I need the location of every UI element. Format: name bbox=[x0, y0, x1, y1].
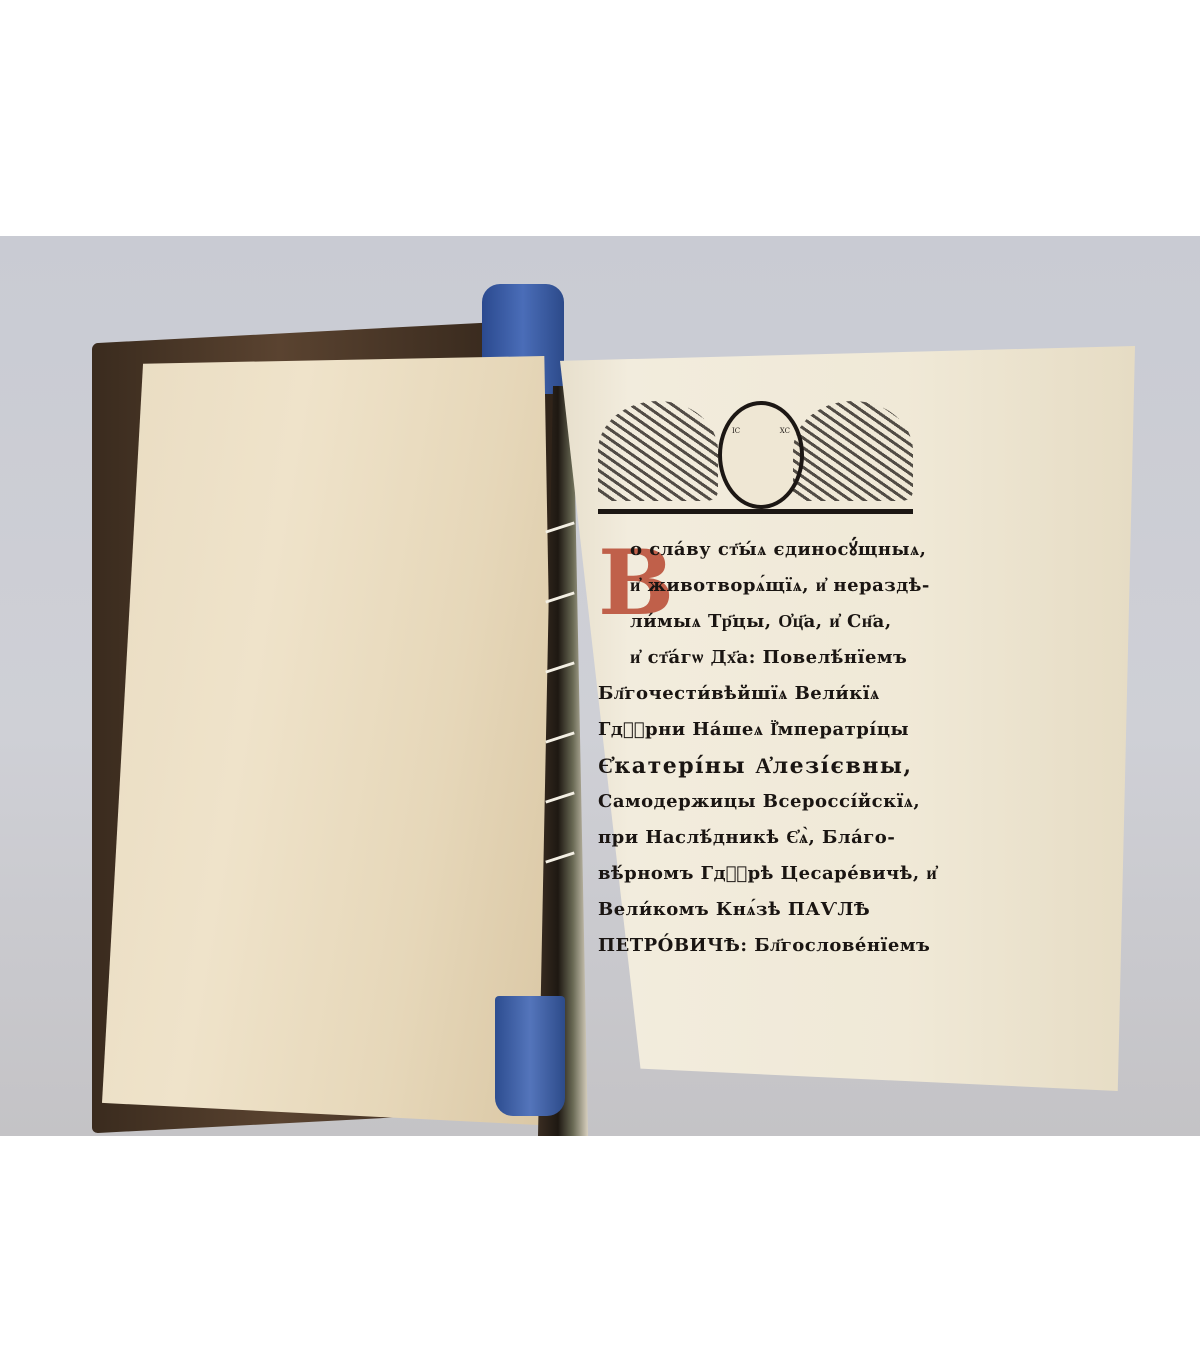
woodcut-headpiece: IC XC bbox=[598, 401, 913, 514]
text-line: и҆ животворѧ́щїѧ, и҆ нераздѣ- bbox=[630, 568, 990, 604]
red-initial-letter: В bbox=[598, 528, 634, 640]
text-line: вѣ́рномъ Гдⷭ҇рѣ Цесаре́вичѣ, и҆ bbox=[598, 856, 990, 892]
text-line: ли́мыѧ Тр҃цы, О҆ц҃а, и҆ Сн҃а, bbox=[630, 604, 990, 640]
christ-medallion: IC XC bbox=[718, 401, 804, 509]
xc-label: XC bbox=[780, 427, 790, 435]
foliage-ornament-right bbox=[793, 401, 913, 501]
text-line: при Наслѣ́дникѣ Є҆ѧ̀, Бла́го- bbox=[598, 820, 990, 856]
blue-ribbon-bottom bbox=[495, 996, 565, 1116]
text-line: ПЕТРО́ВИЧѢ: Бл҃гослове́нїемъ bbox=[598, 928, 990, 964]
text-line: Бл҃гочести́вѣйшїѧ Вели́кїѧ bbox=[598, 676, 990, 712]
text-line: Гдⷭ҇рни На́шеѧ Ї҆мператрі́цы bbox=[598, 712, 990, 748]
text-line: Вели́комъ Кнѧ́зѣ ПАѴЛѢ bbox=[598, 892, 990, 928]
ic-label: IC bbox=[732, 427, 740, 435]
book-photograph: IC XC В о сла́ву ст҃ы́ѧ єдиносꙋ́щныѧ, и҆… bbox=[0, 236, 1200, 1136]
text-line: о сла́ву ст҃ы́ѧ єдиносꙋ́щныѧ, bbox=[630, 532, 990, 568]
text-line: и҆ ст҃а́гѡ Дх҃а: Повелѣ́нїемъ bbox=[630, 640, 990, 676]
slavonic-text-block: о сла́ву ст҃ы́ѧ єдиносꙋ́щныѧ, и҆ животво… bbox=[630, 532, 990, 964]
left-flyleaf-page bbox=[102, 356, 558, 1126]
text-line: Є҆катері́ны А҆лезі́євны, bbox=[598, 748, 990, 784]
text-line: Самодержицы Всероссі́йскїѧ, bbox=[598, 784, 990, 820]
foliage-ornament-left bbox=[598, 401, 718, 501]
